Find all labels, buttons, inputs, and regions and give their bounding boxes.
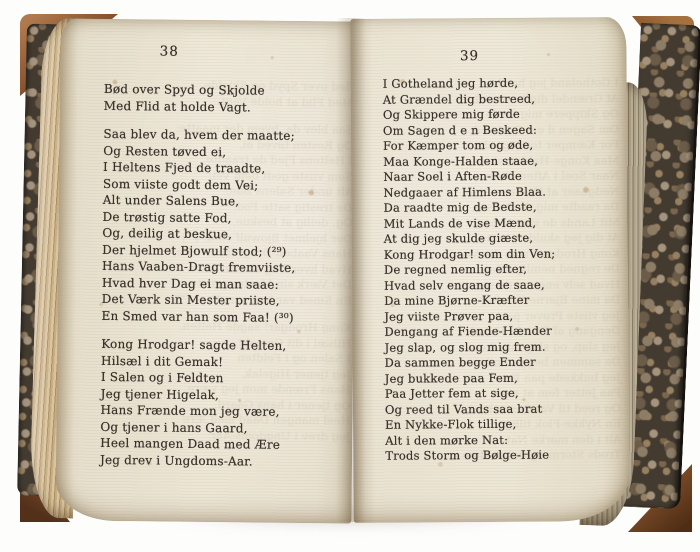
poem-line: Hans Frænde mon jeg være, — [100, 402, 352, 421]
page-number-left: 38 — [104, 43, 234, 60]
poem-line: Nedgaaer af Himlens Blaa. — [383, 184, 627, 201]
poem-line: Saa blev da, hvem der maatte; — [103, 126, 355, 145]
poem-line: Paa Jetter fem at sige, — [385, 385, 629, 402]
stanza: Kong Hrodgar! sagde Helten,Hilsæl i dit … — [100, 336, 353, 471]
stanza: I Gotheland jeg hørde,At Grændel dig bes… — [383, 75, 630, 464]
poem-line: Jeg viiste Prøver paa, — [384, 308, 628, 325]
poem-line: Kong Hrodgar! sagde Helten, — [101, 336, 353, 355]
poem-line: Og Skippere mig førde — [383, 106, 627, 123]
poem-line: De regned nemlig efter, — [384, 261, 628, 278]
poem-right: I Gotheland jeg hørde,At Grændel dig bes… — [383, 75, 630, 464]
poem-line: Jeg slap, og slog mig frem. — [384, 339, 628, 356]
poem-line: I Heltens Fjed de traadte, — [103, 159, 355, 178]
stanza: Saa blev da, hvem der maatte;Og Resten t… — [101, 126, 355, 327]
poem-line: Jeg drev i Ungdoms-Aar. — [100, 451, 352, 470]
right-page-content: 39 I Gotheland jeg hørde,At Grændel dig … — [350, 17, 629, 464]
poem-line: Heel mangen Daad med Ære — [100, 435, 352, 454]
poem-line: Da raadte mig de Bedste, — [384, 199, 628, 216]
poem-line: Naar Soel i Aften-Røde — [383, 168, 627, 185]
poem-line: Mit Lands de vise Mænd, — [384, 215, 628, 232]
poem-line: Med Flid at holde Vagt. — [104, 97, 356, 116]
poem-line: Og reed til Vands saa brat — [385, 401, 629, 418]
left-page-content: 38 Bød over Spyd og SkjoldeMed Flid at h… — [56, 18, 357, 470]
poem-line: Alt i den mørke Nat: — [385, 432, 629, 449]
poem-line: Trods Storm og Bølge-Høie — [385, 447, 629, 464]
poem-line: En Smed var han som Faa! (³⁰) — [101, 307, 353, 326]
poem-line: Da sammen begge Ender — [385, 354, 629, 371]
poem-line: Det Værk sin Mester priiste, — [102, 291, 354, 310]
poem-line: Jeg bukkede paa Fem, — [385, 370, 629, 387]
poem-line: Dengang af Fiende-Hænder — [384, 323, 628, 340]
stanza: Bød over Spyd og SkjoldeMed Flid at hold… — [104, 81, 356, 117]
right-page: I Gotheland jeg hørde,At Grændel dig bes… — [350, 17, 630, 523]
poem-line: I Gotheland jeg hørde, — [383, 75, 627, 92]
poem-line: Hvad selv engang de saae, — [384, 277, 628, 294]
poem-line: At dig jeg skulde giæste, — [384, 230, 628, 247]
poem-line: Kong Hrodgar! som din Ven; — [384, 246, 628, 263]
poem-line: Da mine Bjørne-Kræfter — [384, 292, 628, 309]
poem-line: I Salen og i Feldten — [101, 369, 353, 388]
poem-line: At Grændel dig bestreed, — [383, 91, 627, 108]
poem-line: Maa Konge-Halden staae, — [383, 153, 627, 170]
book-photo: Bød over Spyd og SkjoldeMed Flid at hold… — [0, 0, 700, 552]
poem-line: Bød over Spyd og Skjolde — [104, 81, 356, 100]
poem-line: For Kæmper tom og øde, — [383, 137, 627, 154]
poem-line: Hans Vaaben-Dragt fremviiste, — [102, 258, 354, 277]
poem-line: Alt under Salens Bue, — [103, 192, 355, 211]
left-page: Bød over Spyd og SkjoldeMed Flid at hold… — [55, 18, 356, 523]
poem-left: Bød over Spyd og SkjoldeMed Flid at hold… — [100, 81, 356, 471]
poem-line: Om Sagen d e n Beskeed: — [383, 122, 627, 139]
poem-line: Og, deilig at beskue, — [102, 225, 354, 244]
page-number-right: 39 — [404, 48, 534, 65]
poem-line: En Nykke-Flok tillige, — [385, 416, 629, 433]
